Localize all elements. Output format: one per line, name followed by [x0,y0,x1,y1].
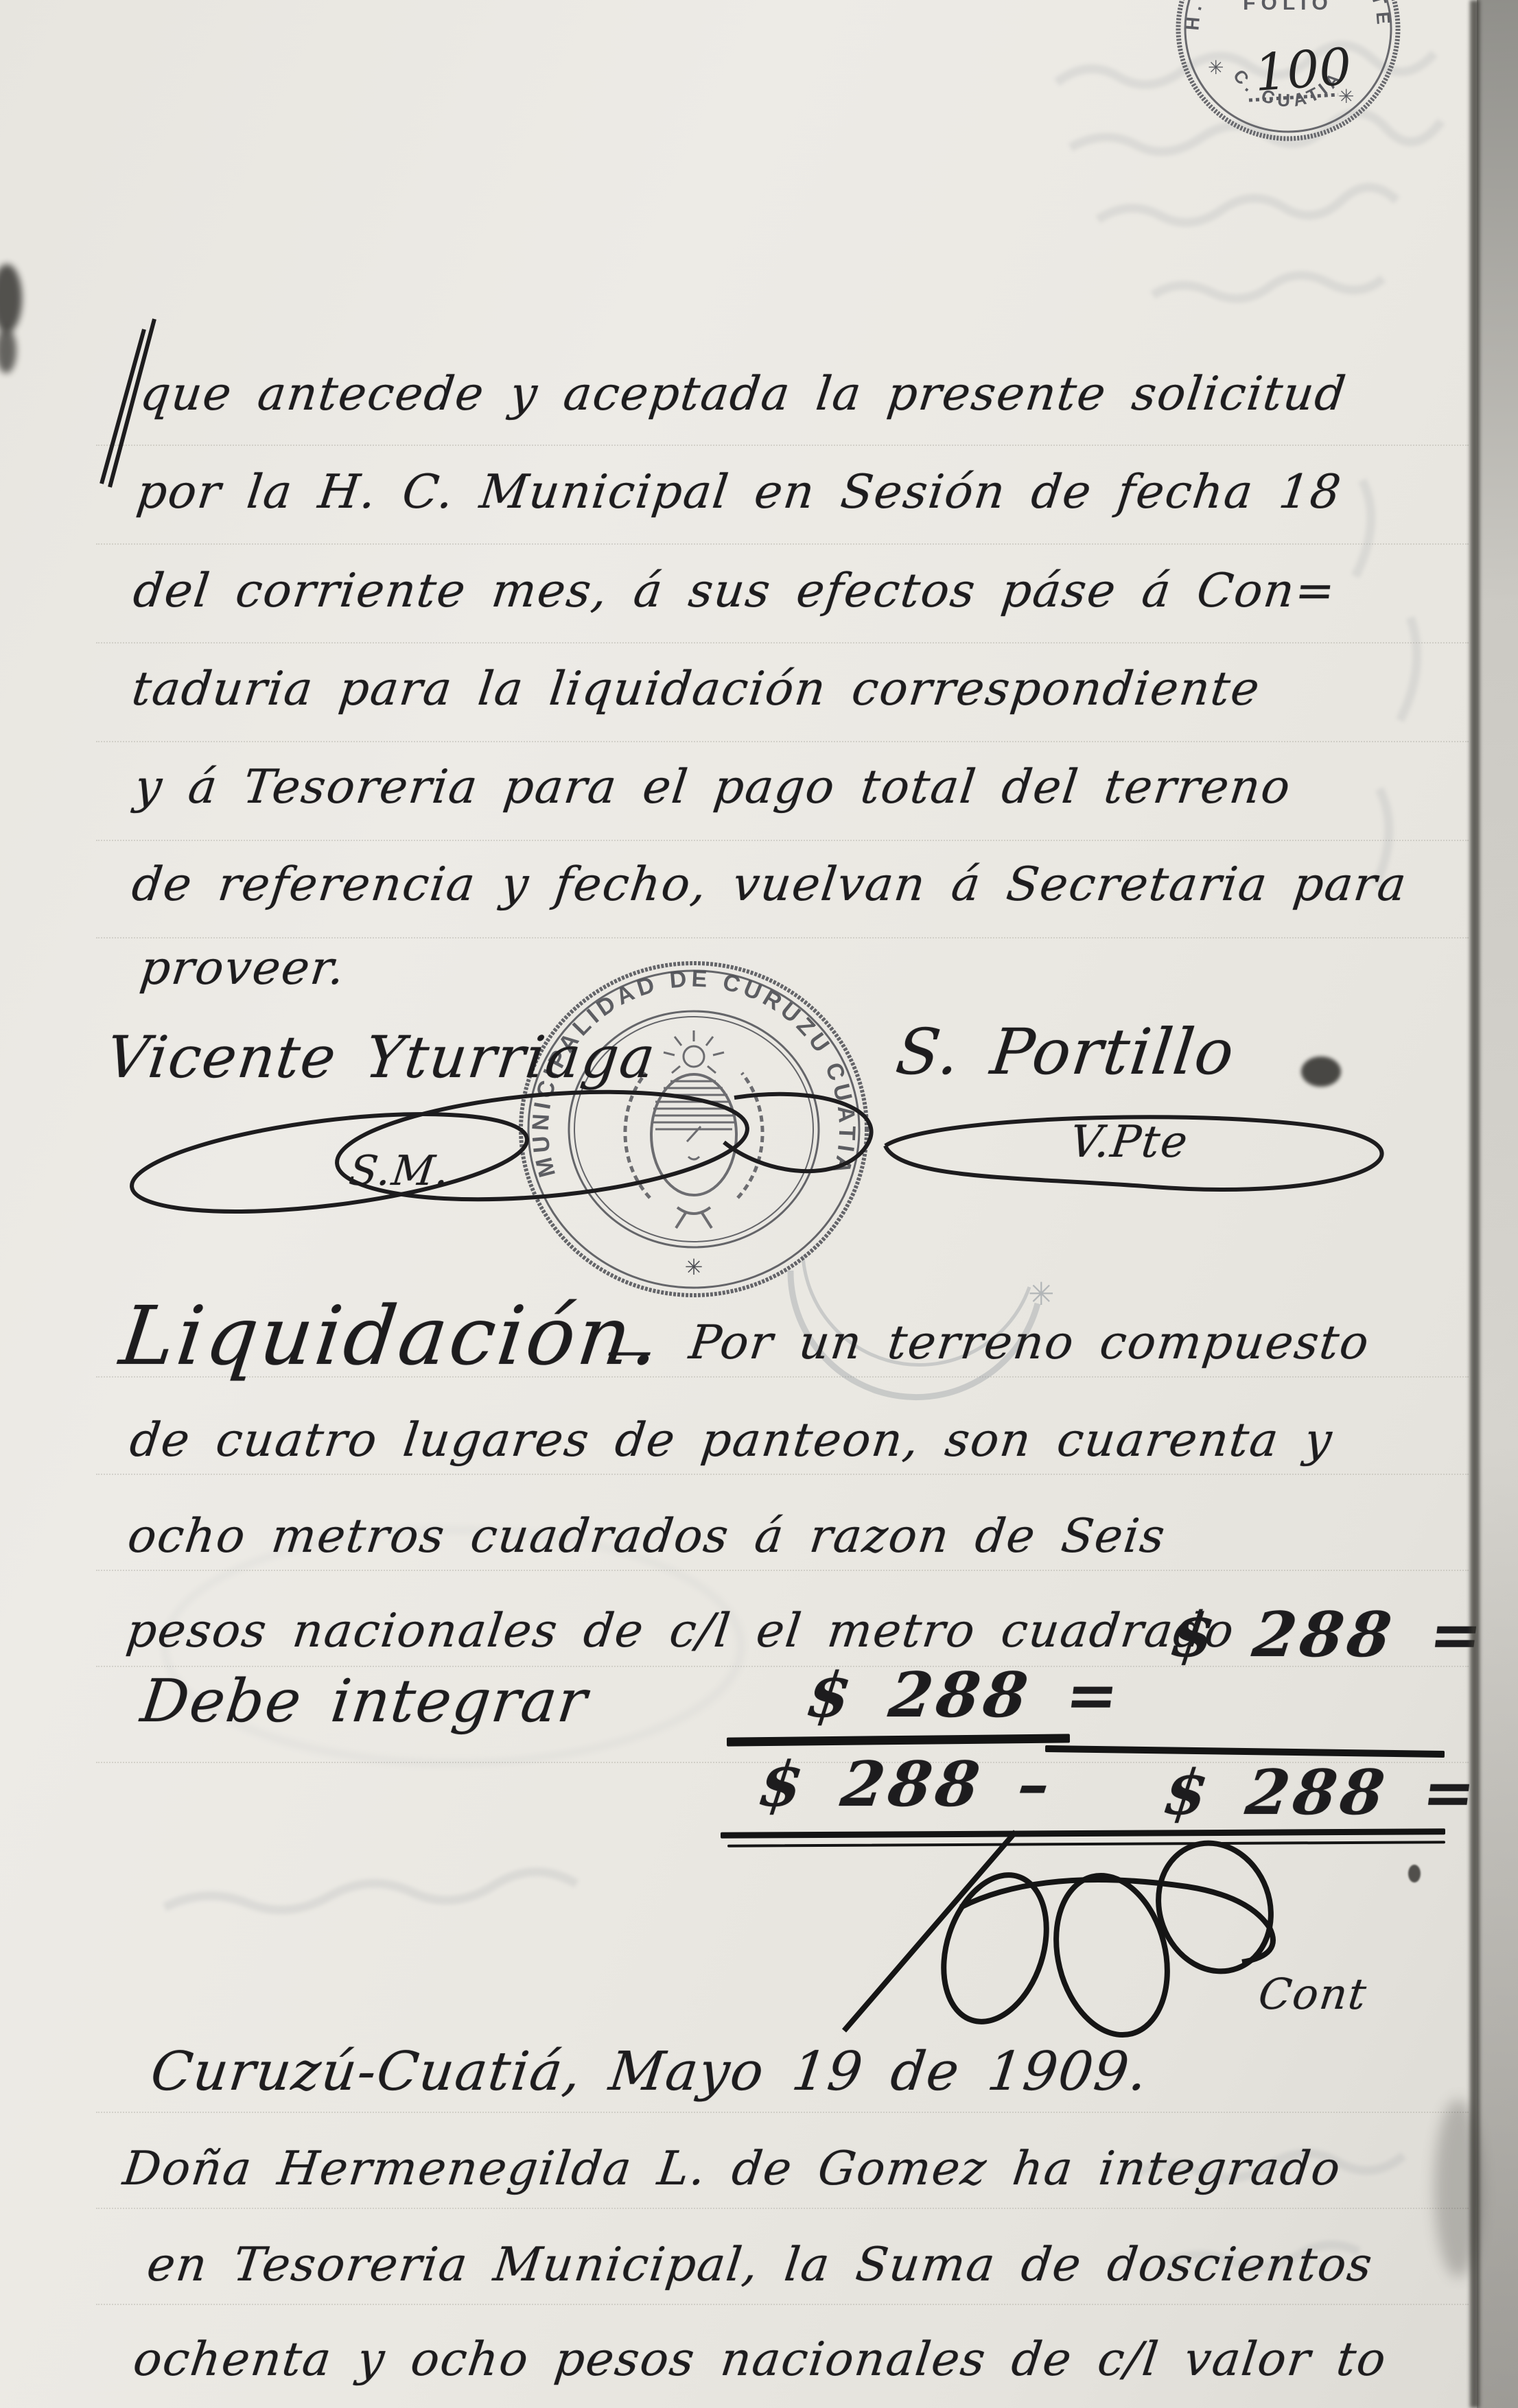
footer-line: en Tesoreria Municipal, la Suma de dosci… [144,2238,1376,2292]
page-edge-line [1470,0,1480,2408]
municipal-seal-graphic: MUNICIPALIDAD DE CURUZU CUATIA ✳ [515,958,872,1308]
signature-left-title: S.M. [347,1147,453,1195]
signature-left-name: Vicente Yturriaga [103,1024,660,1091]
total-rule-bottom [727,1841,1445,1847]
folio-stamp-star-left: ✳ [1208,56,1224,79]
folio-stamp-graphic: H. C. DELIBERANTE C. CUATIA FOLIO ✳ ✳ 10… [1132,0,1462,185]
body-line: por la H. C. Municipal en Sesión de fech… [134,465,1345,519]
debe-integrar-amount: $ 288 = [803,1659,1127,1732]
liquidation-line: pesos nacionales de c/l el metro cuadrad… [124,1604,1238,1658]
amount-underline [727,1734,1070,1746]
dateline: Curuzú-Cuatiá, Mayo 19 de 1909. [148,2041,1152,2103]
ink-smudge [1408,1865,1421,1882]
liquidation-line: ocho metros cuadrados á razon de Seis [125,1509,1169,1563]
ruled-guide [96,543,1469,545]
signature-cont-title: Cont [1256,1969,1370,2019]
seal-star: ✳ [685,1254,703,1280]
ruled-guide [96,2304,1469,2305]
page-edge-shading [1477,0,1518,2408]
liquidation-heading-dash: — [604,1324,657,1377]
ruled-guide [96,445,1469,446]
ruled-guide [96,2208,1469,2209]
body-line: y á Tesoreria para el pago total del ter… [132,760,1294,814]
signature-right-name: S. Portillo [892,1015,1239,1089]
ruled-guide [96,642,1469,644]
ruled-guide [96,2112,1469,2113]
ink-smudge [1301,1057,1341,1087]
ruled-guide [96,937,1469,939]
body-line: taduria para la liquidación correspondie… [129,662,1263,716]
ruled-guide [96,840,1469,841]
ruled-guide [96,1570,1469,1571]
folio-stamp-label: FOLIO [1243,0,1333,14]
ruled-guide [96,741,1469,742]
folio-number: 100 [1252,37,1353,103]
ghost-star: ✳ [1028,1275,1055,1312]
body-line: que antecede y aceptada la presente soli… [137,367,1350,421]
total-amount-right: $ 288 = [1160,1756,1484,1829]
liquidation-line: de cuatro lugares de panteon, son cuaren… [127,1413,1336,1467]
total-amount-left: $ 288 – [755,1748,1058,1821]
folio-stamp: H. C. DELIBERANTE C. CUATIA FOLIO ✳ ✳ 10… [1132,0,1462,188]
manuscript-page: ✳ H. C. DELIBERANTE C. CUATIA FOLIO ✳ ✳ … [0,0,1518,2408]
debe-integrar-label: Debe integrar [137,1667,592,1736]
footer-line: Doña Hermenegilda L. de Gomez ha integra… [120,2142,1344,2196]
body-line: de referencia y fecho, vuelvan á Secreta… [129,858,1410,912]
ruled-guide [96,1474,1469,1475]
footer-line: ochenta y ocho pesos nacionales de c/l v… [130,2333,1390,2387]
ink-smudge [0,328,16,373]
total-rule-top [721,1828,1445,1839]
liquidation-line: Por un terreno compuesto [686,1316,1373,1370]
rate-amount: $ 288 = [1167,1598,1491,1671]
body-line: del corriente mes, á sus efectos páse á … [130,564,1339,618]
ink-smudge [0,264,22,333]
signature-right-title: V.Pte [1067,1117,1191,1168]
municipal-seal: MUNICIPALIDAD DE CURUZU CUATIA ✳ [515,958,872,1310]
body-line: proveer. [137,941,349,995]
